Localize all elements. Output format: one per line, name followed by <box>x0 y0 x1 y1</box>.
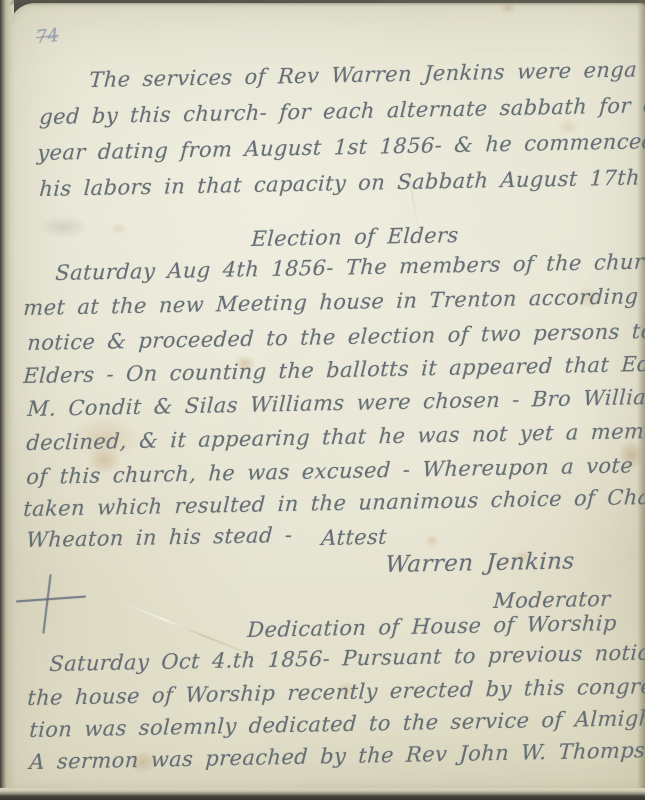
attest-label: Attest <box>321 525 388 550</box>
page-number: 74 <box>35 25 60 48</box>
page-top-edge <box>9 0 645 6</box>
section-heading: Election of Elders <box>251 223 459 251</box>
page-bottom-edge <box>0 788 645 800</box>
moderator-title: Moderator <box>493 587 611 613</box>
manuscript-scan: 74 The services of Rev Warren Jenkins we… <box>0 0 645 800</box>
moderator-signature: Warren Jenkins <box>385 548 576 578</box>
manuscript-line: Wheaton in his stead - <box>26 523 293 552</box>
